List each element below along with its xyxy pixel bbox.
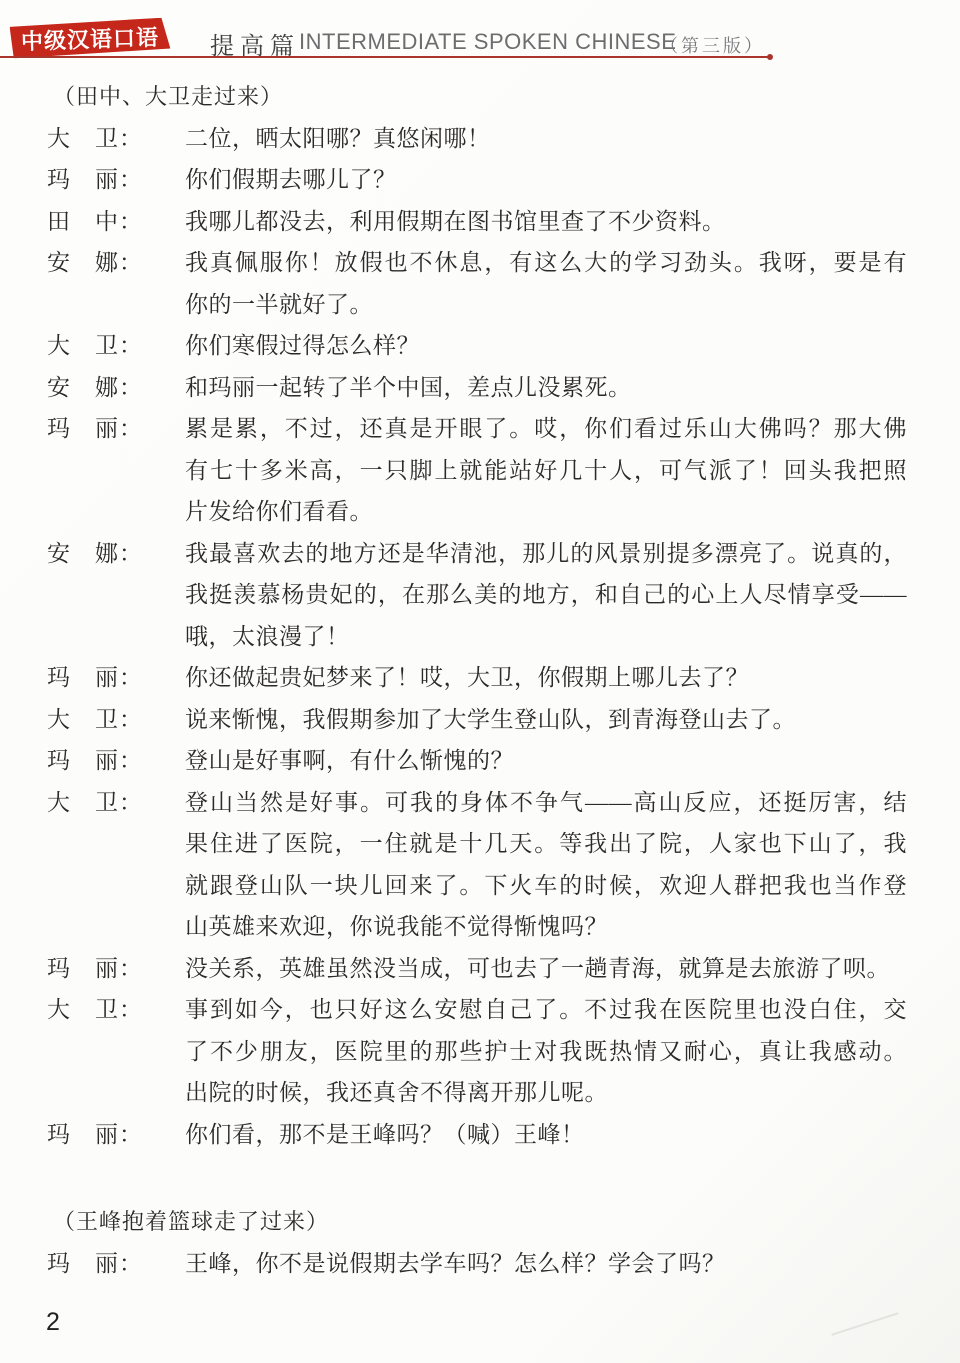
- dialogue-block: 安 娜：和玛丽一起转了半个中国，差点儿没累死。: [47, 367, 913, 409]
- dialogue-text-line: 有七十多米高，一只脚上就能站好几十人，可气派了！回头我把照: [185, 450, 907, 492]
- dialogue-text-line: 说来惭愧，我假期参加了大学生登山队，到青海登山去了。: [185, 699, 907, 741]
- dialogue-text: 你还做起贵妃梦来了！哎，大卫，你假期上哪儿去了？: [185, 657, 907, 699]
- stage-direction: （田中、大卫走过来）: [53, 76, 913, 118]
- dialogue-text: 登山是好事啊，有什么惭愧的？: [185, 740, 907, 782]
- speaker-label: 大 卫：: [47, 699, 185, 741]
- dialogue-block: 安 娜：我真佩服你！放假也不休息，有这么大的学习劲头。我呀，要是有你的一半就好了…: [47, 242, 913, 325]
- dialogue-text-line: 我真佩服你！放假也不休息，有这么大的学习劲头。我呀，要是有: [185, 242, 907, 284]
- dialogue-block: 玛 丽：你们看，那不是王峰吗？（喊）王峰！: [47, 1114, 913, 1156]
- dialogue-text-line: 你的一半就好了。: [185, 284, 907, 326]
- dialogue-text-line: 登山当然是好事。可我的身体不争气——高山反应，还挺厉害，结: [185, 782, 907, 824]
- series-badge: 中级汉语口语: [9, 17, 170, 58]
- dialogue-block: 大 卫：说来惭愧，我假期参加了大学生登山队，到青海登山去了。: [47, 699, 913, 741]
- dialogue-text-line: 你们寒假过得怎么样？: [185, 325, 907, 367]
- dialogue-area: （田中、大卫走过来）大 卫：二位，晒太阳哪？真悠闲哪！玛 丽：你们假期去哪儿了？…: [47, 76, 913, 1284]
- dialogue-text: 没关系，英雄虽然没当成，可也去了一趟青海，就算是去旅游了呗。: [185, 948, 907, 990]
- dialogue-text: 你们看，那不是王峰吗？（喊）王峰！: [185, 1114, 907, 1156]
- dialogue-text-line: 没关系，英雄虽然没当成，可也去了一趟青海，就算是去旅游了呗。: [185, 948, 907, 990]
- scan-artifact: [831, 1312, 898, 1336]
- dialogue-text-line: 累是累，不过，还真是开眼了。哎，你们看过乐山大佛吗？那大佛: [185, 408, 907, 450]
- dialogue-text: 你们寒假过得怎么样？: [185, 325, 907, 367]
- dialogue-text-line: 了不少朋友，医院里的那些护士对我既热情又耐心，真让我感动。: [185, 1031, 907, 1073]
- speaker-label: 玛 丽：: [47, 1243, 185, 1285]
- speaker-label: 安 娜：: [47, 367, 185, 409]
- dialogue-text-line: 你还做起贵妃梦来了！哎，大卫，你假期上哪儿去了？: [185, 657, 907, 699]
- dialogue-text: 事到如今，也只好这么安慰自己了。不过我在医院里也没白住，交了不少朋友，医院里的那…: [185, 989, 907, 1114]
- dialogue-text-line: 我最喜欢去的地方还是华清池，那儿的风景别提多漂亮了。说真的，: [185, 533, 907, 575]
- dialogue-block: 玛 丽：你们假期去哪儿了？: [47, 159, 913, 201]
- speaker-label: 大 卫：: [47, 118, 185, 160]
- speaker-label: 大 卫：: [47, 325, 185, 367]
- dialogue-block: 玛 丽：王峰，你不是说假期去学车吗？怎么样？学会了吗？: [47, 1243, 913, 1285]
- dialogue-block: 玛 丽：累是累，不过，还真是开眼了。哎，你们看过乐山大佛吗？那大佛有七十多米高，…: [47, 408, 913, 533]
- dialogue-text-line: 出院的时候，我还真舍不得离开那儿呢。: [185, 1072, 907, 1114]
- speaker-label: 玛 丽：: [47, 740, 185, 782]
- edition-label: （第三版）: [660, 32, 765, 58]
- dialogue-text-line: 果住进了医院，一住就是十几天。等我出了院，人家也下山了，我: [185, 823, 907, 865]
- dialogue-text: 和玛丽一起转了半个中国，差点儿没累死。: [185, 367, 907, 409]
- dialogue-block: 大 卫：二位，晒太阳哪？真悠闲哪！: [47, 118, 913, 160]
- dialogue-text: 说来惭愧，我假期参加了大学生登山队，到青海登山去了。: [185, 699, 907, 741]
- dialogue-text-line: 王峰，你不是说假期去学车吗？怎么样？学会了吗？: [185, 1243, 907, 1285]
- header-rule: [0, 56, 770, 58]
- dialogue-text: 我哪儿都没去，利用假期在图书馆里查了不少资料。: [185, 201, 907, 243]
- dialogue-block: 田 中：我哪儿都没去，利用假期在图书馆里查了不少资料。: [47, 201, 913, 243]
- dialogue-text-line: 片发给你们看看。: [185, 491, 907, 533]
- dialogue-text-line: 和玛丽一起转了半个中国，差点儿没累死。: [185, 367, 907, 409]
- dialogue-text: 王峰，你不是说假期去学车吗？怎么样？学会了吗？: [185, 1243, 907, 1285]
- dialogue-text: 我真佩服你！放假也不休息，有这么大的学习劲头。我呀，要是有你的一半就好了。: [185, 242, 907, 325]
- dialogue-text: 登山当然是好事。可我的身体不争气——高山反应，还挺厉害，结果住进了医院，一住就是…: [185, 782, 907, 948]
- dialogue-text-line: 就跟登山队一块儿回来了。下火车的时候，欢迎人群把我也当作登: [185, 865, 907, 907]
- textbook-page: 中级汉语口语 提高篇 INTERMEDIATE SPOKEN CHINESE （…: [0, 0, 960, 1363]
- dialogue-text: 我最喜欢去的地方还是华清池，那儿的风景别提多漂亮了。说真的，我挺羡慕杨贵妃的，在…: [185, 533, 907, 658]
- book-title-english: INTERMEDIATE SPOKEN CHINESE: [299, 29, 676, 55]
- dialogue-block: 玛 丽：没关系，英雄虽然没当成，可也去了一趟青海，就算是去旅游了呗。: [47, 948, 913, 990]
- speaker-label: 安 娜：: [47, 533, 185, 575]
- dialogue-text: 你们假期去哪儿了？: [185, 159, 907, 201]
- stage-direction: （王峰抱着篮球走了过来）: [53, 1201, 913, 1243]
- dialogue-block: 大 卫：你们寒假过得怎么样？: [47, 325, 913, 367]
- speaker-label: 安 娜：: [47, 242, 185, 284]
- dialogue-text-line: 山英雄来欢迎，你说我能不觉得惭愧吗？: [185, 906, 907, 948]
- page-header: 中级汉语口语 提高篇 INTERMEDIATE SPOKEN CHINESE （…: [0, 0, 960, 70]
- speaker-label: 玛 丽：: [47, 408, 185, 450]
- speaker-label: 玛 丽：: [47, 657, 185, 699]
- speaker-label: 大 卫：: [47, 782, 185, 824]
- dialogue-text-line: 哦，太浪漫了！: [185, 616, 907, 658]
- dialogue-block: 大 卫：登山当然是好事。可我的身体不争气——高山反应，还挺厉害，结果住进了医院，…: [47, 782, 913, 948]
- dialogue-text-line: 我哪儿都没去，利用假期在图书馆里查了不少资料。: [185, 201, 907, 243]
- speaker-label: 玛 丽：: [47, 1114, 185, 1156]
- dialogue-text: 累是累，不过，还真是开眼了。哎，你们看过乐山大佛吗？那大佛有七十多米高，一只脚上…: [185, 408, 907, 533]
- dialogue-block: 安 娜：我最喜欢去的地方还是华清池，那儿的风景别提多漂亮了。说真的，我挺羡慕杨贵…: [47, 533, 913, 658]
- dialogue-block: 玛 丽：你还做起贵妃梦来了！哎，大卫，你假期上哪儿去了？: [47, 657, 913, 699]
- dialogue-text-line: 登山是好事啊，有什么惭愧的？: [185, 740, 907, 782]
- dialogue-text-line: 事到如今，也只好这么安慰自己了。不过我在医院里也没白住，交: [185, 989, 907, 1031]
- dialogue-block: 大 卫：事到如今，也只好这么安慰自己了。不过我在医院里也没白住，交了不少朋友，医…: [47, 989, 913, 1114]
- speaker-label: 大 卫：: [47, 989, 185, 1031]
- dialogue-block: 玛 丽：登山是好事啊，有什么惭愧的？: [47, 740, 913, 782]
- dialogue-text: 二位，晒太阳哪？真悠闲哪！: [185, 118, 907, 160]
- dialogue-text-line: 二位，晒太阳哪？真悠闲哪！: [185, 118, 907, 160]
- speaker-label: 田 中：: [47, 201, 185, 243]
- dialogue-text-line: 你们看，那不是王峰吗？（喊）王峰！: [185, 1114, 907, 1156]
- page-number: 2: [46, 1308, 60, 1337]
- speaker-label: 玛 丽：: [47, 159, 185, 201]
- dialogue-text-line: 你们假期去哪儿了？: [185, 159, 907, 201]
- dialogue-text-line: 我挺羡慕杨贵妃的，在那么美的地方，和自己的心上人尽情享受——: [185, 574, 907, 616]
- speaker-label: 玛 丽：: [47, 948, 185, 990]
